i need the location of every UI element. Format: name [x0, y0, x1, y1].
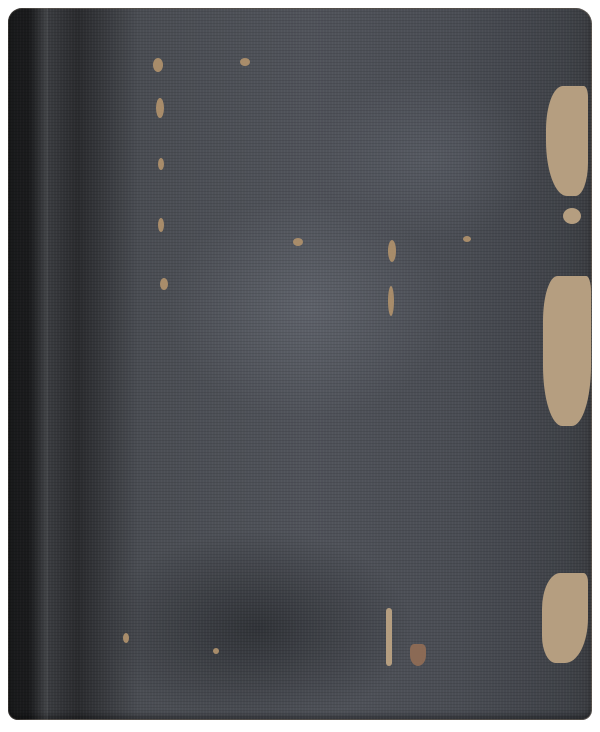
wear-speck: [123, 633, 129, 643]
wear-speck: [388, 240, 396, 262]
cloth-texture: [8, 8, 592, 720]
wear-speck: [158, 158, 164, 170]
wear-speck: [153, 58, 163, 72]
wear-patch-right-mid: [543, 276, 591, 426]
wear-speck: [293, 238, 303, 246]
wear-speck: [240, 58, 250, 66]
book-cover: [8, 8, 592, 720]
wear-chip-bottom: [410, 644, 426, 666]
wear-speck: [158, 218, 164, 232]
wear-speck: [156, 98, 164, 118]
spine-hinge: [8, 8, 48, 720]
wear-patch-right-top: [546, 86, 588, 196]
wear-patch-right-small: [563, 208, 581, 224]
wear-speck: [388, 286, 394, 316]
wear-scratch-bottom: [386, 608, 392, 666]
wear-speck: [463, 236, 471, 242]
wear-patch-right-bottom: [542, 573, 588, 663]
wear-speck: [213, 648, 219, 654]
wear-speck: [160, 278, 168, 290]
